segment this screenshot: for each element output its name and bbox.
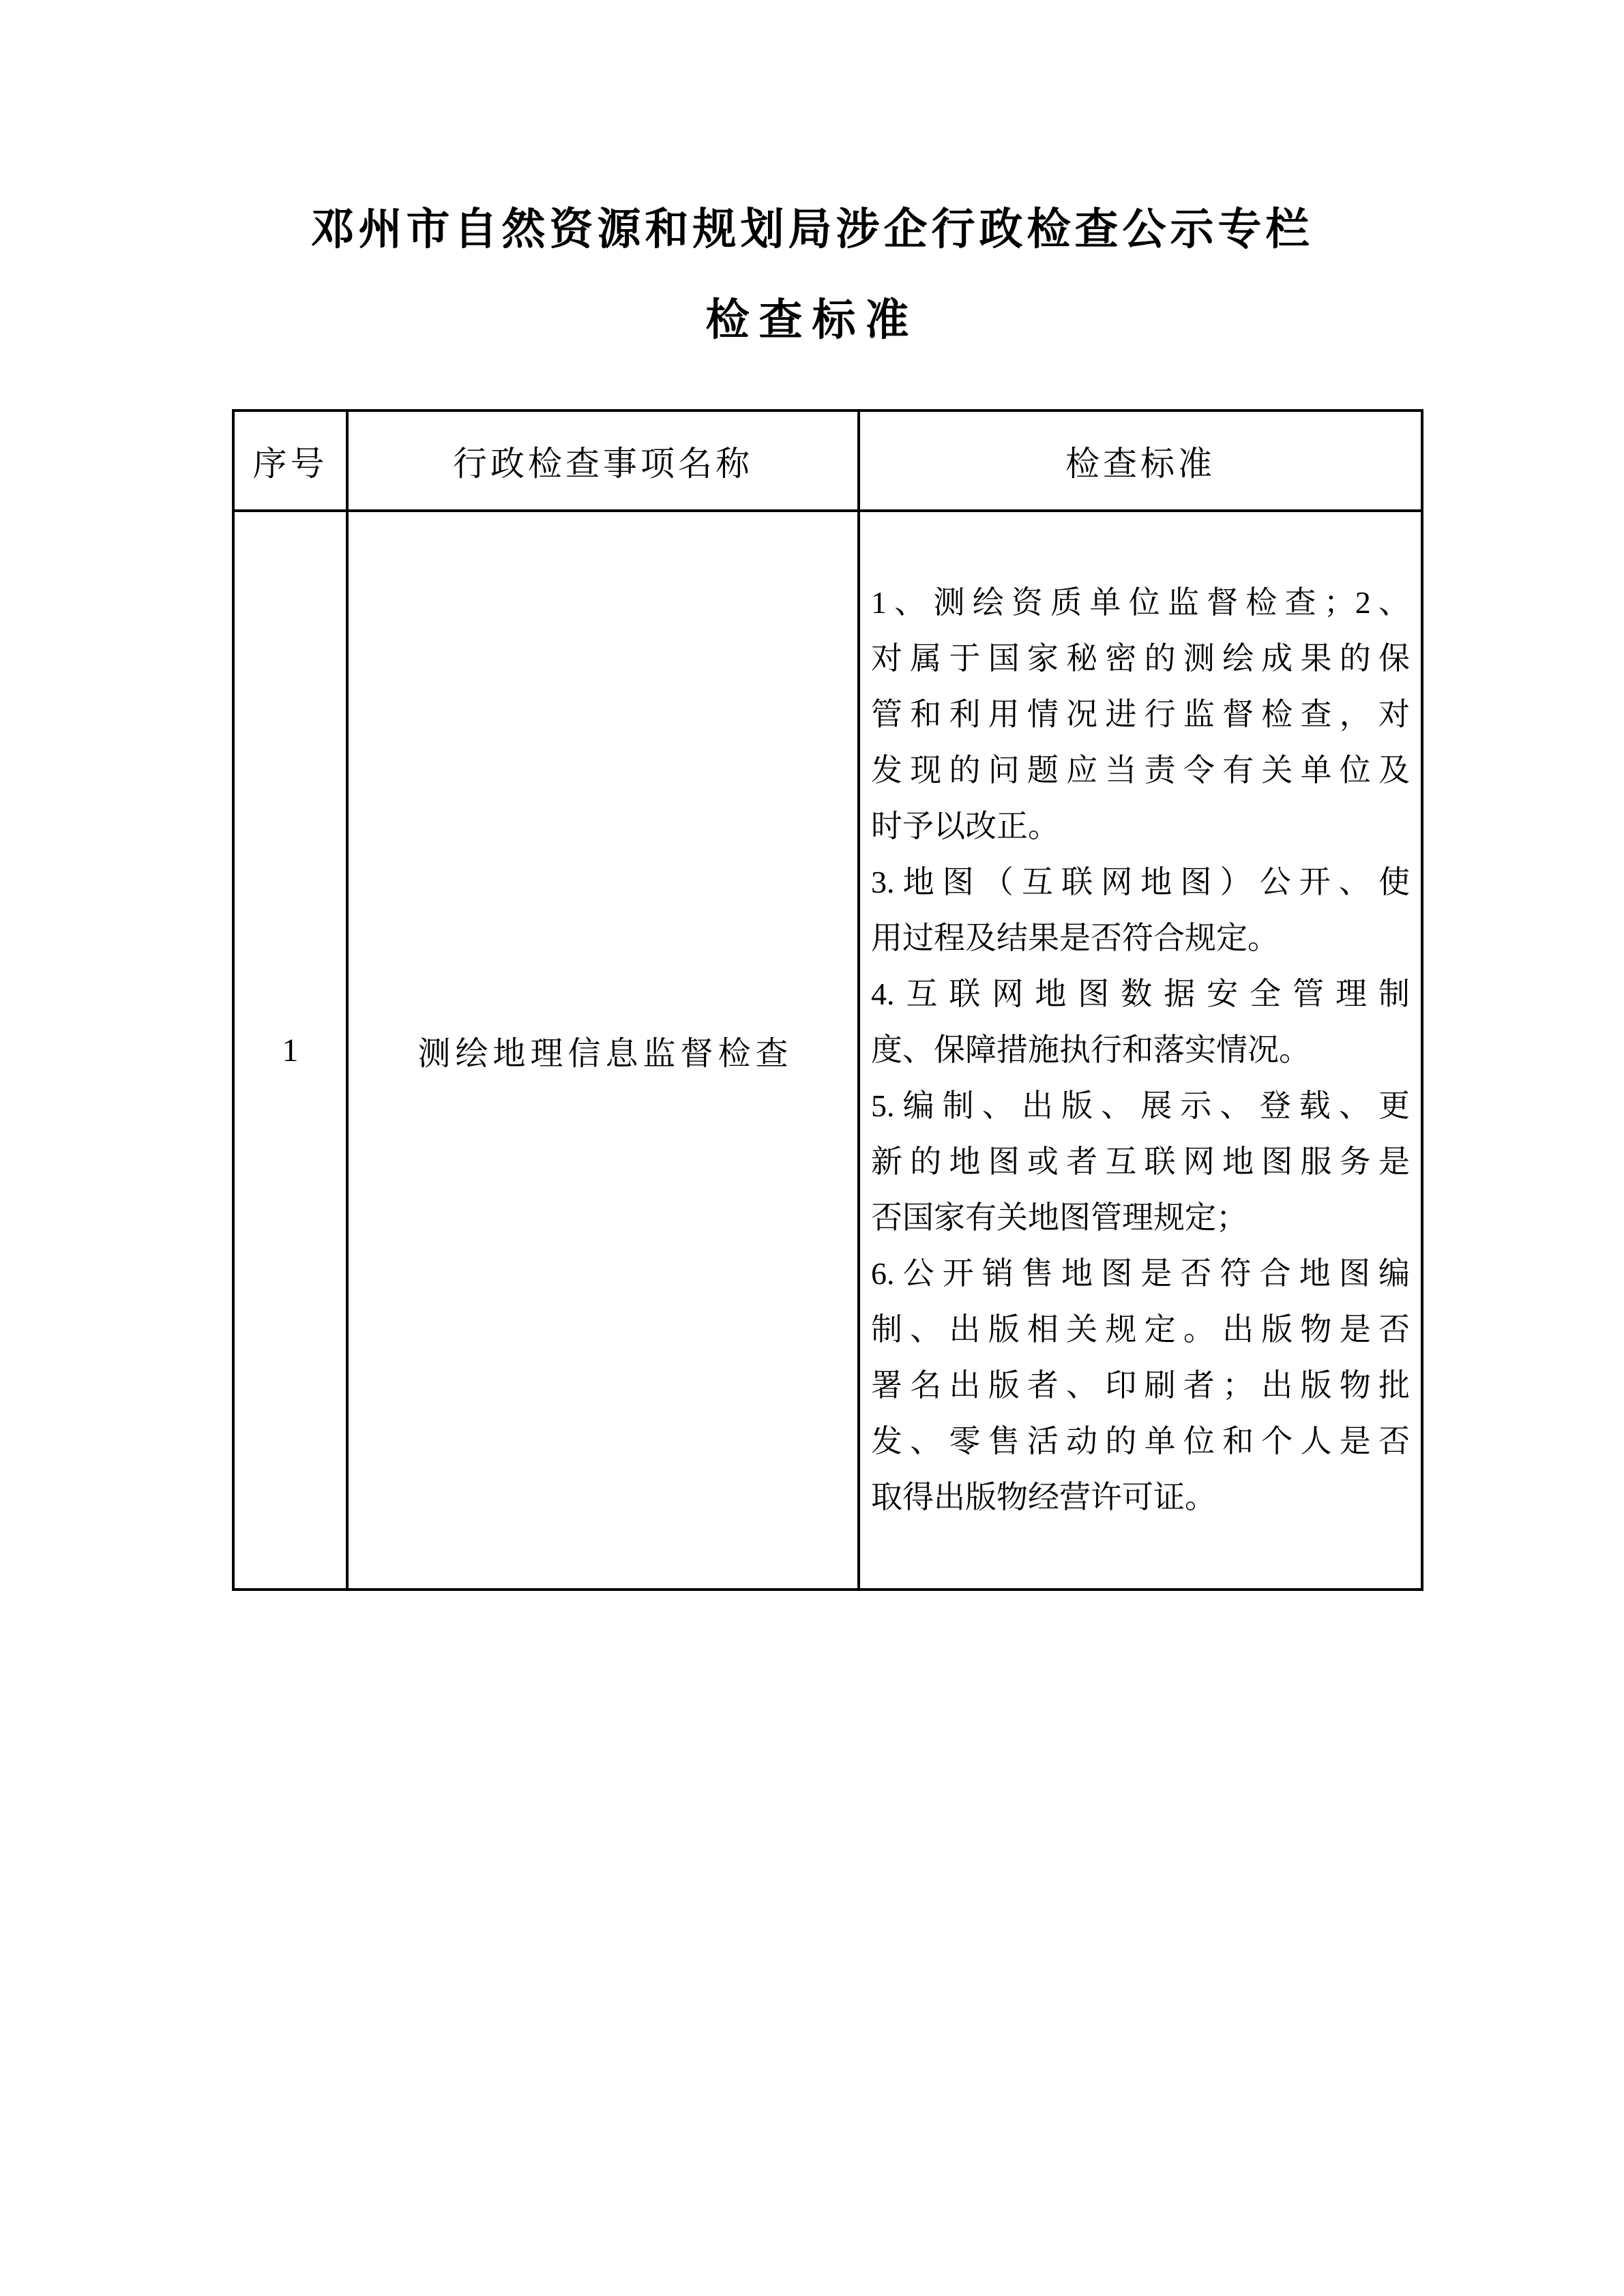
- document-subtitle: 检查标准: [0, 292, 1624, 348]
- cell-seq: 1: [233, 511, 347, 1590]
- header-seq: 序号: [233, 411, 347, 511]
- standard-line: 取得出版物经营许可证。: [871, 1470, 1410, 1525]
- document-title: 邓州市自然资源和规划局涉企行政检查公示专栏: [0, 201, 1624, 258]
- inspection-standards-table: 序号 行政检查事项名称 检查标准 1 测绘地理信息监督检查 1、测绘资质单位监督…: [232, 409, 1423, 1591]
- document-page: 邓州市自然资源和规划局涉企行政检查公示专栏 检查标准 序号 行政检查事项名称 检…: [0, 0, 1624, 2296]
- standard-line: 4.互联网地图数据安全管理制: [871, 966, 1410, 1022]
- standard-line: 署名出版者、印刷者；出版物批: [871, 1358, 1410, 1414]
- header-standard: 检查标准: [859, 411, 1422, 511]
- standard-line: 发现的问题应当责令有关单位及: [871, 743, 1410, 799]
- standard-line: 6.公开销售地图是否符合地图编: [871, 1246, 1410, 1302]
- standard-line: 1、测绘资质单位监督检查；2、: [871, 575, 1410, 631]
- standard-line: 发、零售活动的单位和个人是否: [871, 1414, 1410, 1470]
- standard-line: 管和利用情况进行监督检查，对: [871, 687, 1410, 743]
- standard-text: 1、测绘资质单位监督检查；2、对属于国家秘密的测绘成果的保管和利用情况进行监督检…: [871, 575, 1410, 1525]
- header-item-name: 行政检查事项名称: [347, 411, 859, 511]
- standard-line: 否国家有关地图管理规定；: [871, 1190, 1410, 1246]
- standard-line: 5.编制、出版、展示、登载、更: [871, 1078, 1410, 1134]
- standard-line: 3.地图（互联网地图）公开、使: [871, 854, 1410, 910]
- standard-line: 对属于国家秘密的测绘成果的保: [871, 631, 1410, 687]
- standard-line: 度、保障措施执行和落实情况。: [871, 1022, 1410, 1078]
- standard-line: 制、出版相关规定。出版物是否: [871, 1302, 1410, 1358]
- table-row: 1 测绘地理信息监督检查 1、测绘资质单位监督检查；2、对属于国家秘密的测绘成果…: [233, 511, 1422, 1590]
- standard-line: 时予以改正。: [871, 799, 1410, 854]
- table-header-row: 序号 行政检查事项名称 检查标准: [233, 411, 1422, 511]
- standard-line: 新的地图或者互联网地图服务是: [871, 1134, 1410, 1190]
- cell-item-name: 测绘地理信息监督检查: [347, 511, 859, 1590]
- cell-standard: 1、测绘资质单位监督检查；2、对属于国家秘密的测绘成果的保管和利用情况进行监督检…: [859, 511, 1422, 1590]
- standard-line: 用过程及结果是否符合规定。: [871, 910, 1410, 966]
